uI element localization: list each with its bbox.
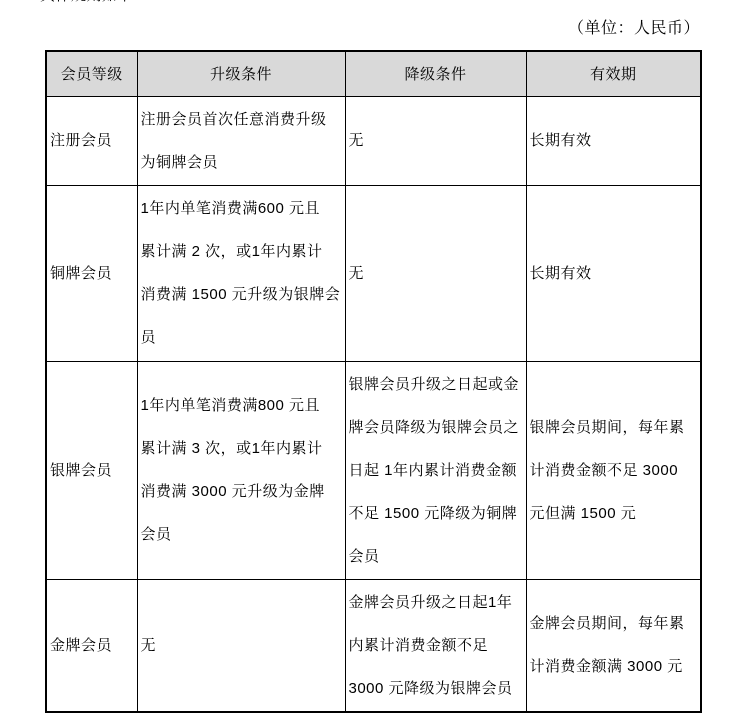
cell-member-level: 注册会员	[46, 96, 137, 185]
cell-downgrade-cond: 银牌会员升级之日起或金 牌会员降级为银牌会员之 日起 1年内累计消费金额 不足 …	[345, 361, 526, 579]
cell-member-level: 金牌会员	[46, 579, 137, 712]
col-header-member-level: 会员等级	[46, 51, 137, 96]
header-row: 会员等级 升级条件 降级条件 有效期	[46, 51, 701, 96]
table-body: 注册会员 注册会员首次任意消费升级 为铜牌会员 无 长期有效 铜牌会员 1年内单…	[46, 96, 701, 712]
cell-validity: 银牌会员期间，每年累 计消费金额不足 3000 元但满 1500 元	[526, 361, 701, 579]
table-row-registered: 注册会员 注册会员首次任意消费升级 为铜牌会员 无 长期有效	[46, 96, 701, 185]
cell-validity: 长期有效	[526, 185, 701, 361]
cell-member-level: 银牌会员	[46, 361, 137, 579]
cell-member-level: 铜牌会员	[46, 185, 137, 361]
cell-downgrade-cond: 金牌会员升级之日起1年 内累计消费金额不足 3000 元降级为银牌会员	[345, 579, 526, 712]
cell-upgrade-cond: 注册会员首次任意消费升级 为铜牌会员	[137, 96, 345, 185]
table-row-silver: 银牌会员 1年内单笔消费满800 元且 累计满 3 次，或1年内累计 消费满 3…	[46, 361, 701, 579]
cell-downgrade-cond: 无	[345, 185, 526, 361]
table-row-gold: 金牌会员 无 金牌会员升级之日起1年 内累计消费金额不足 3000 元降级为银牌…	[46, 579, 701, 712]
cell-validity: 长期有效	[526, 96, 701, 185]
membership-table: 会员等级 升级条件 降级条件 有效期 注册会员 注册会员首次任意消费升级 为铜牌…	[45, 50, 702, 713]
col-header-downgrade-cond: 降级条件	[345, 51, 526, 96]
col-header-upgrade-cond: 升级条件	[137, 51, 345, 96]
table-row-bronze: 铜牌会员 1年内单笔消费满600 元且 累计满 2 次，或1年内累计 消费满 1…	[46, 185, 701, 361]
cell-upgrade-cond: 1年内单笔消费满800 元且 累计满 3 次，或1年内累计 消费满 3000 元…	[137, 361, 345, 579]
clipped-top-text: 具体规则如下：	[40, 0, 340, 5]
cell-validity: 金牌会员期间，每年累 计消费金额满 3000 元	[526, 579, 701, 712]
cell-upgrade-cond: 无	[137, 579, 345, 712]
clipped-top-text-content: 具体规则如下：	[40, 0, 340, 4]
cell-upgrade-cond: 1年内单笔消费满600 元且 累计满 2 次，或1年内累计 消费满 1500 元…	[137, 185, 345, 361]
table-header: 会员等级 升级条件 降级条件 有效期	[46, 51, 701, 96]
col-header-validity: 有效期	[526, 51, 701, 96]
cell-downgrade-cond: 无	[345, 96, 526, 185]
unit-note: （单位：人民币）	[0, 15, 700, 38]
